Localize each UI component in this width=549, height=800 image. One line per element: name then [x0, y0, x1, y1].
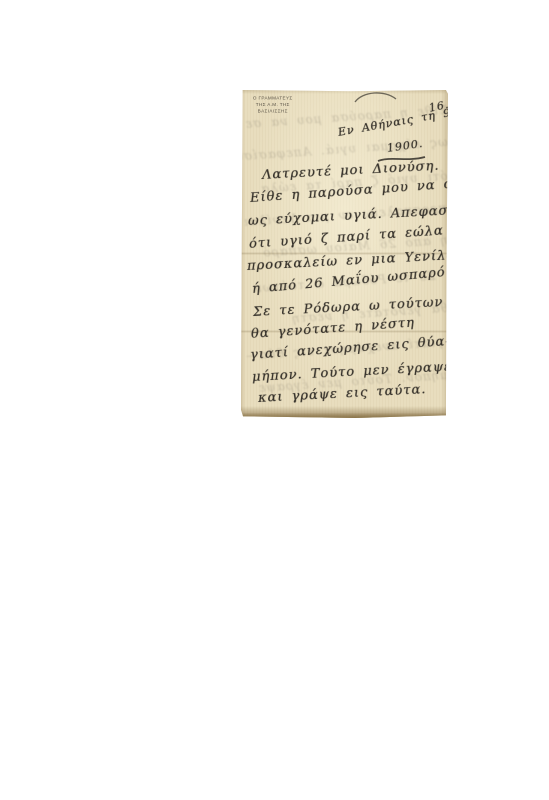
- pen-flourish-icon: [353, 90, 399, 106]
- letterhead-line2: ΤΗΣ Α.Μ. ΤΗΣ ΒΑΣΙΛΙΣΣΗΣ: [247, 102, 299, 115]
- scan-page: Είθε η παρούσα μου να σε Ευ ως εύχομαι υ…: [0, 0, 549, 800]
- handwriting-line: μήπον. Τούτο μεν έγραψε: [252, 360, 453, 385]
- handwriting-line: Σε τε Ρόδωρα ω τούτων: [253, 295, 444, 320]
- handwriting-line: και γράψε εις ταύτα.: [258, 382, 427, 406]
- letterhead: Ο ΓΡΑΜΜΑΤΕΥΣ ΤΗΣ Α.Μ. ΤΗΣ ΒΑΣΙΛΙΣΣΗΣ: [247, 96, 299, 115]
- handwriting-line: ότι υγιό ζ παρί τα εώλα: [248, 223, 444, 252]
- letter-paper: Είθε η παρούσα μου να σε Ευ ως εύχομαι υ…: [241, 90, 448, 418]
- paper-bottom-edge-shadow: [241, 413, 448, 418]
- handwriting-line: ως εύχομαι υγιά. Απεφασίσθη: [248, 202, 483, 229]
